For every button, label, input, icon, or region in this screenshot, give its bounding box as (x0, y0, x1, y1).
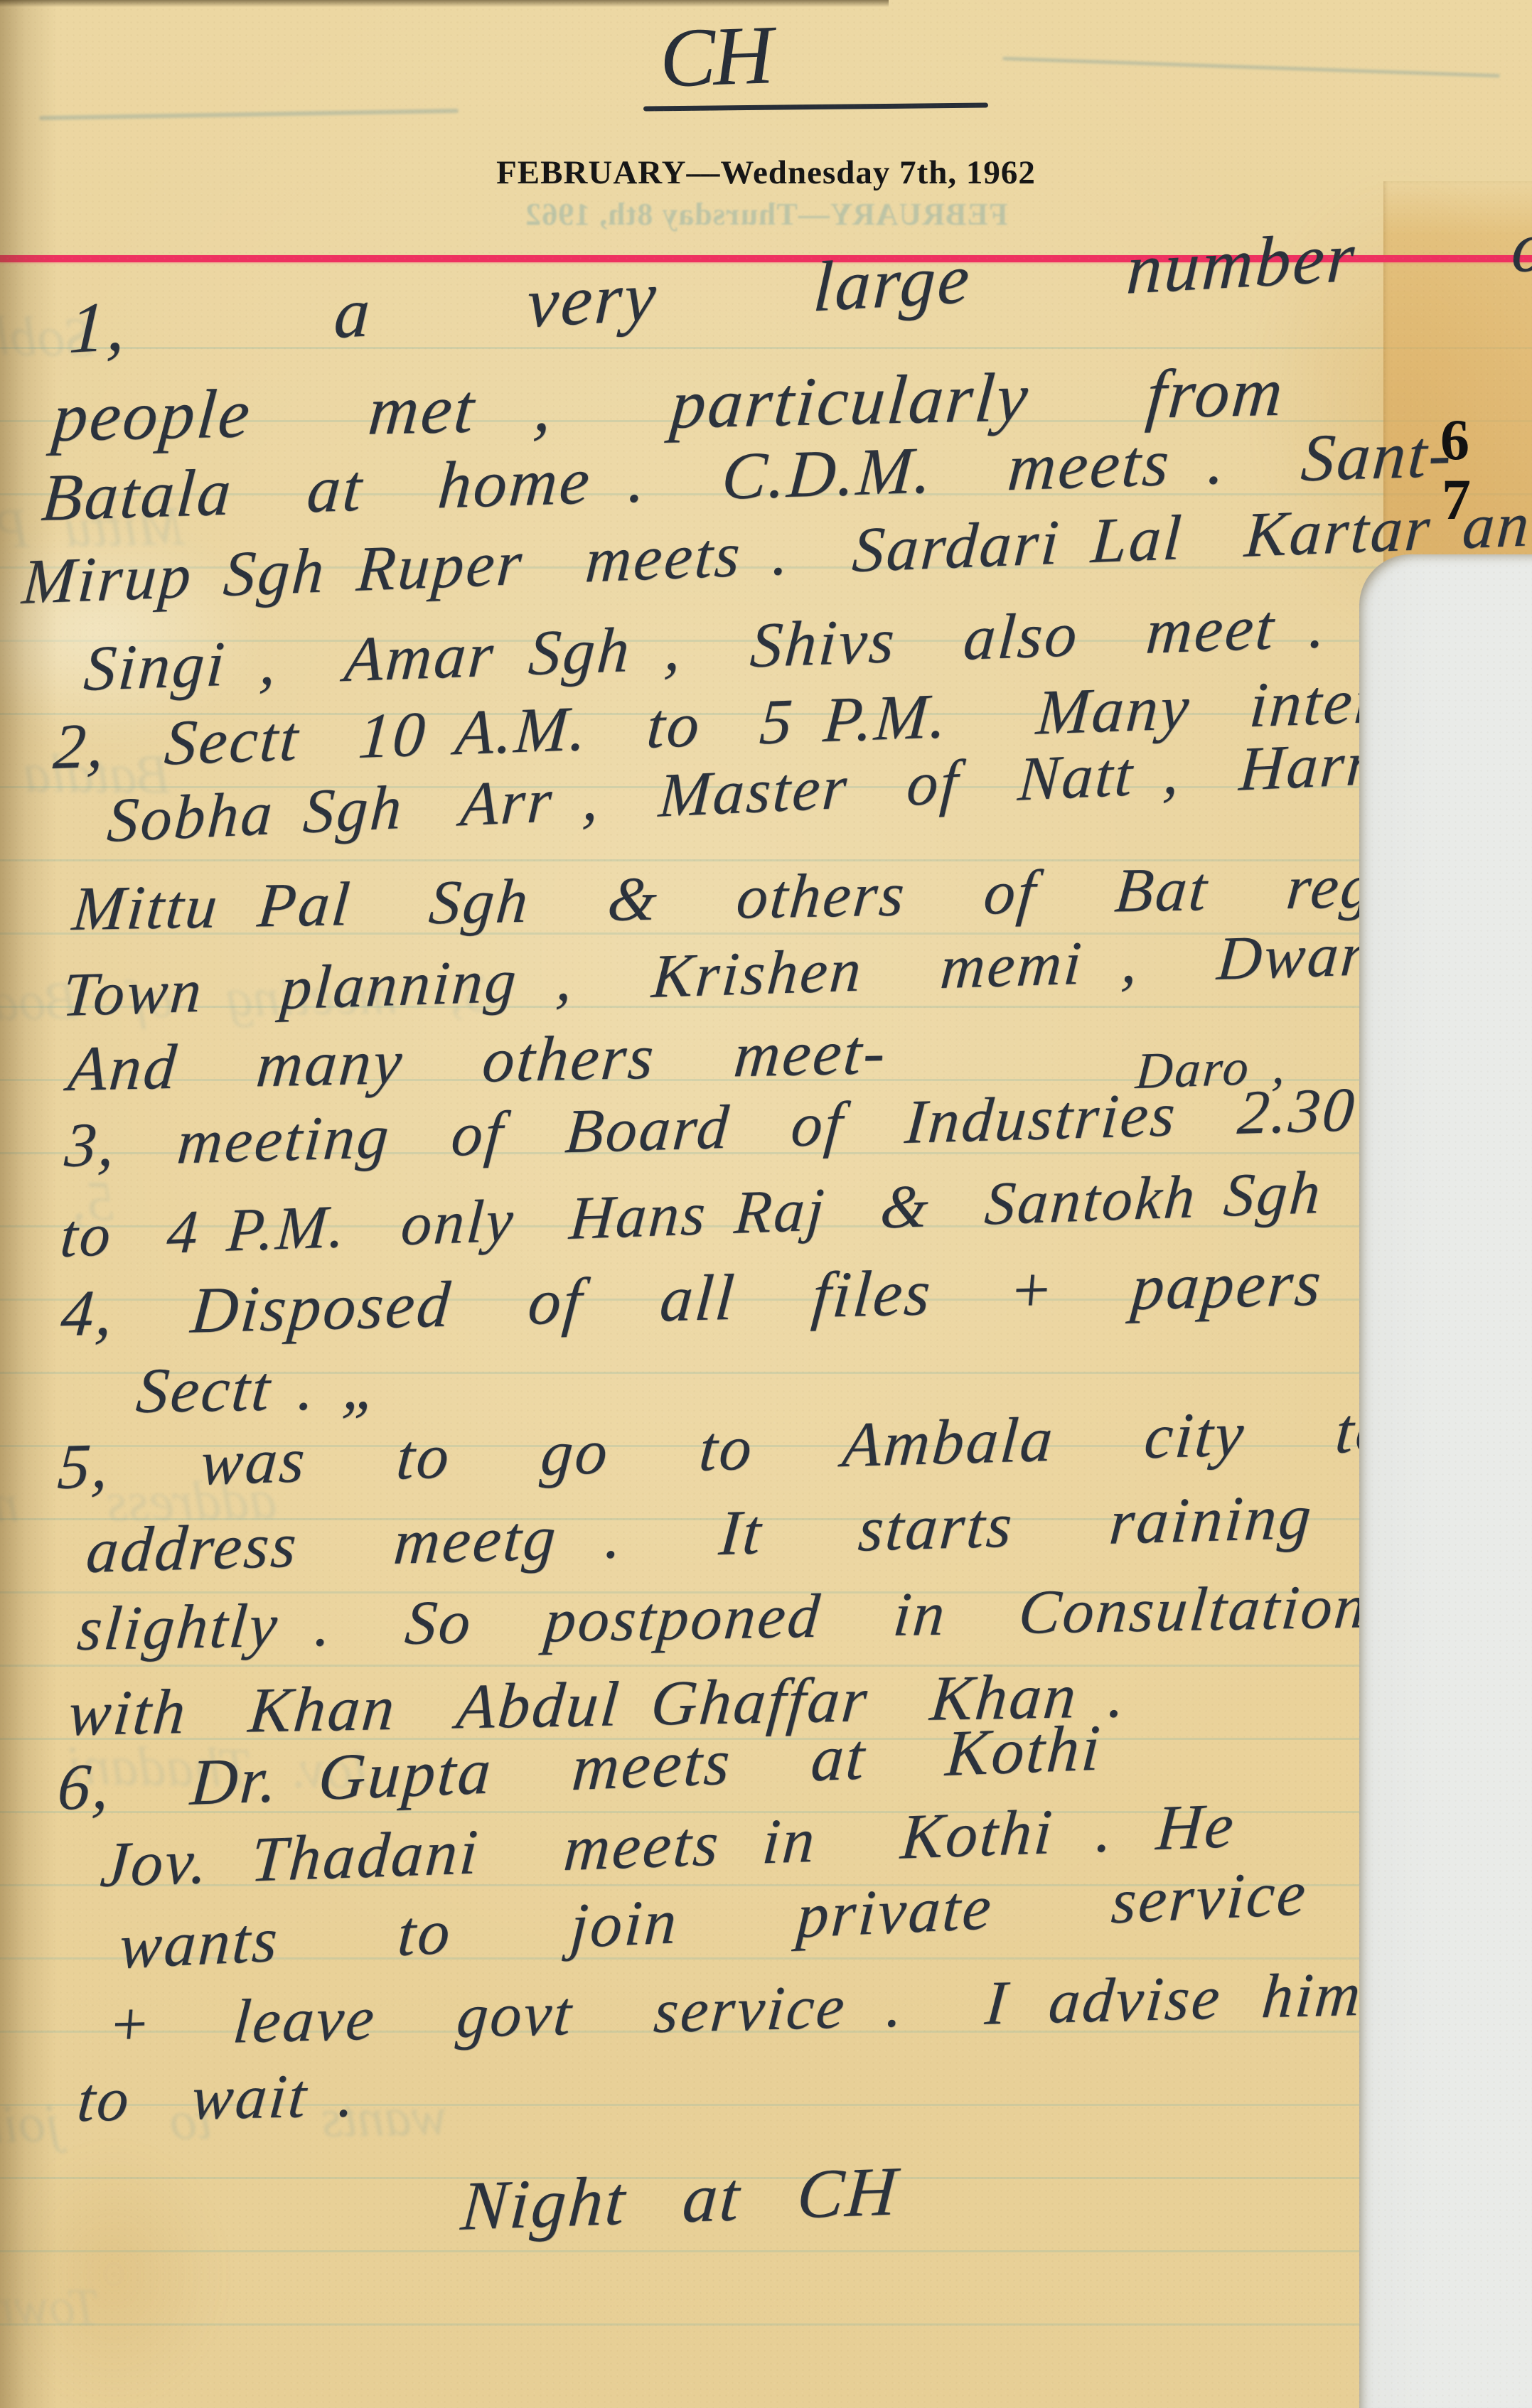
entry-line: 1, a very large number of (68, 205, 1532, 368)
footer-note: Night at CH (459, 2154, 901, 2246)
entry-line: to wait . (75, 2062, 359, 2136)
entry-line: slightly . So postponed in Consultation (75, 1573, 1371, 1665)
entry-line: Sectt . „ (134, 1352, 384, 1426)
handwriting-layer: 1, a very large number ofpeople met , pa… (0, 0, 1532, 2408)
next-page-edge (1359, 554, 1532, 2408)
diary-scan: people met , particularly fromSobha Sgh … (0, 0, 1532, 2408)
entry-line: + leave govt service . I advise him (105, 1961, 1365, 2060)
entry-line: address meetg . It starts raining (84, 1482, 1316, 1586)
